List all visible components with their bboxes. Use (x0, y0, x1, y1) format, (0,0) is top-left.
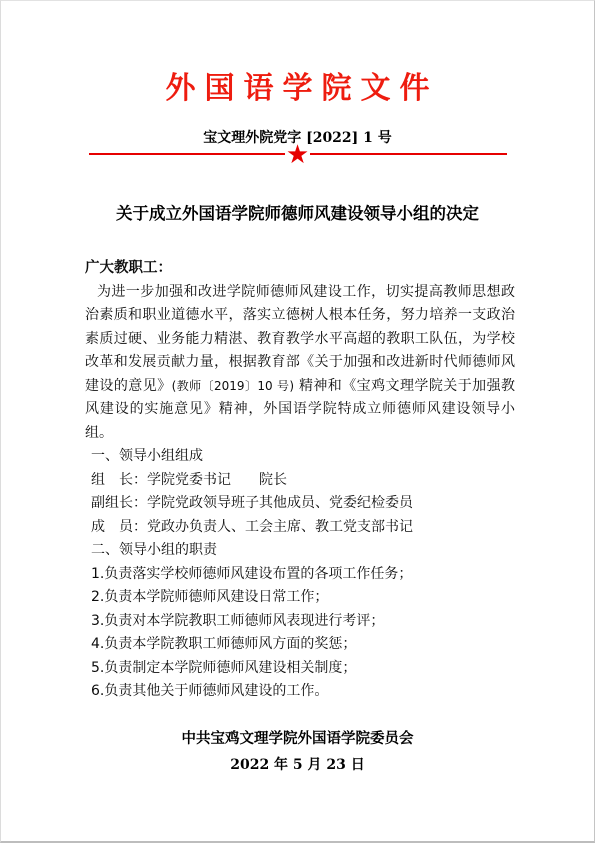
section-heading-duties: 二、领导小组的职责 (85, 539, 515, 563)
duty-item-5: 5.负责制定本学院师德师风建设相关制度； (85, 657, 515, 681)
org-header-title: 外国语学院文件 (1, 1, 594, 107)
document-page: 外国语学院文件 宝文理外院党字 [2022] 1 号 ★ 关于成立外国语学院师德… (0, 0, 595, 843)
roster-leader: 组 长：学院党委书记 院长 (85, 469, 515, 493)
issuing-committee: 中共宝鸡文理学院外国语学院委员会 (1, 730, 594, 748)
divider-line-left (89, 153, 285, 155)
document-title: 关于成立外国语学院师德师风建设领导小组的决定 (31, 203, 564, 225)
salutation: 广大教职工： (85, 257, 515, 281)
duty-item-4: 4.负责本学院教职工师德师风方面的奖惩； (85, 633, 515, 657)
section-heading-composition: 一、领导小组组成 (85, 445, 515, 469)
roster-deputy-leader: 副组长：学院党政领导班子其他成员、党委纪检委员 (85, 492, 515, 516)
intro-paragraph: 为进一步加强和改进学院师德师风建设工作，切实提高教师思想政治素质和职业道德水平，… (85, 281, 515, 446)
divider-line-right (310, 153, 506, 155)
duty-item-1: 1.负责落实学校师德师风建设布置的各项工作任务； (85, 563, 515, 587)
duty-item-2: 2.负责本学院师德师风建设日常工作； (85, 586, 515, 610)
duty-item-6: 6.负责其他关于师德师风建设的工作。 (85, 680, 515, 704)
citation-reference: (教师〔2019〕10 号) (172, 379, 294, 393)
roster-members: 成 员：党政办负责人、工会主席、教工党支部书记 (85, 516, 515, 540)
header-divider: ★ (89, 147, 507, 161)
document-body: 广大教职工： 为进一步加强和改进学院师德师风建设工作，切实提高教师思想政治素质和… (85, 257, 515, 704)
star-icon: ★ (286, 148, 309, 162)
signature-block: 中共宝鸡文理学院外国语学院委员会 2022 年 5 月 23 日 (1, 730, 594, 774)
duty-item-3: 3.负责对本学院教职工师德师风表现进行考评； (85, 610, 515, 634)
issue-date: 2022 年 5 月 23 日 (1, 756, 594, 774)
